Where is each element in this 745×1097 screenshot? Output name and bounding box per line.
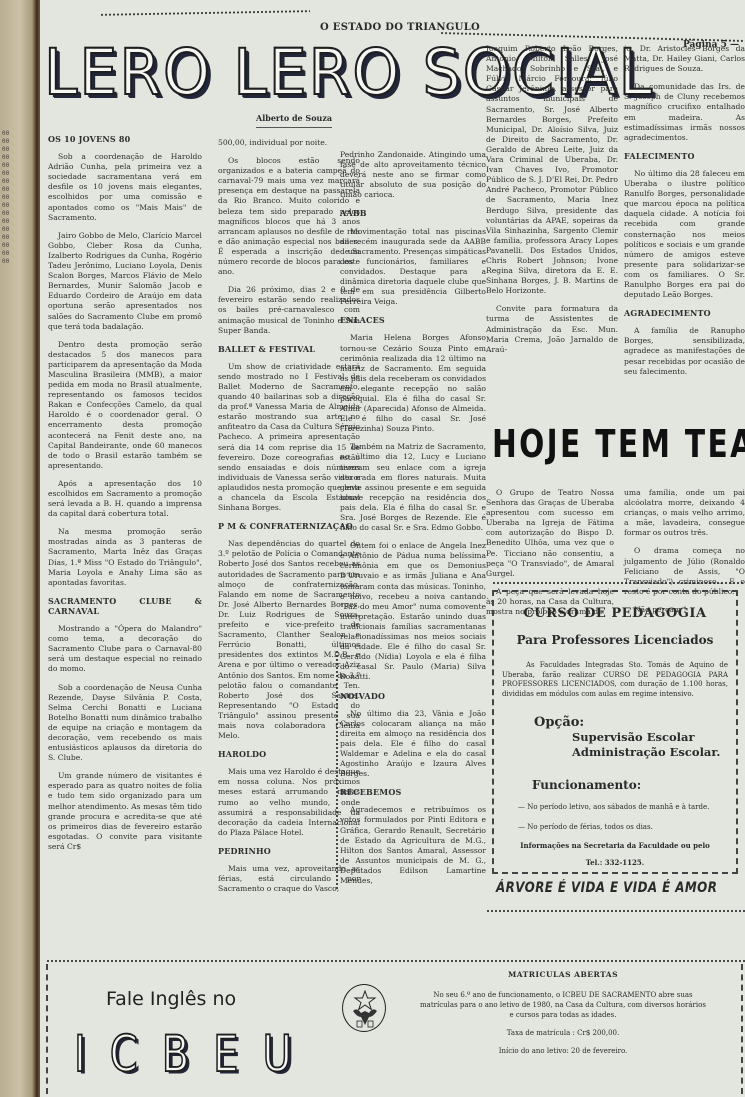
newspaper-name: O ESTADO DO TRIANGULO [320,22,480,33]
paragraph: Nas dependências do quartel do 3.º pelot… [218,539,360,741]
heading-ballet-festival: BALLET & FESTIVAL [218,344,360,354]
ad-title: CURSO DE PEDAGOGIA [494,606,736,621]
paragraph: Pedrinho Zandonaide. Atingindo uma fase … [340,150,486,200]
icbeu-advertisement: Fale Inglês no ICBEU MATRICULAS ABERTAS … [46,964,743,1094]
icbeu-start-date: Início do ano letivo: 20 de fevereiro. [420,1046,706,1056]
paragraph: No último dia 28 faleceu em Uberaba o il… [624,169,745,300]
paragraph: Na mesma promoção serão mostradas ainda … [48,527,202,588]
paragraph: Joaquim Roberto Leão Borges, Antônio Mil… [486,44,618,296]
heading-haroldo: HAROLDO [218,749,360,759]
paragraph: A família de Ranupho Borges, sensibiliza… [624,326,745,376]
paragraph: 500,00, individual por noite. [218,138,360,148]
ad-phone: Tel.: 332-1125. [494,858,736,867]
icbeu-tagline: Fale Inglês no [106,988,236,1010]
paragraph: Mais uma vez, aproveitando as férias, es… [218,864,360,894]
heading-noivado: NOIVADO [340,691,486,701]
paragraph: jo, Dr. Aristocles Borges da Matta, Dr. … [624,44,745,74]
paragraph: Dia 26 próximo, dias 2 e 9 de fevereiro … [218,285,360,335]
paragraph: Um show de criatividade estará sendo mos… [218,362,360,513]
ad-functioning-label: Funcionamento: [532,778,736,792]
paragraph: Convite para formatura da turma de Assis… [486,304,618,354]
pedagogia-advertisement: CURSO DE PEDAGOGIA Para Professores Lice… [492,590,738,874]
newspaper-page: O ESTADO DO TRIANGULO Página 5 — LERO LE… [40,0,745,1097]
paragraph: Da comunidade das Irs. de S. Joseph de C… [624,82,745,143]
ad-schedule-item: — No período de férias, todos os dias. [518,822,726,832]
heading-enlaces: ENLACES [340,315,486,325]
paragraph: Jairo Gobbo de Melo, Clarício Marcel Gob… [48,231,202,332]
byline: Alberto de Souza [256,113,332,128]
paragraph: Mostrando a "Ópera do Malandro" como tem… [48,624,202,674]
teatro-divider [492,582,745,584]
slogan-divider [486,910,745,912]
paragraph: Dentro desta promoção serão destacados 5… [48,340,202,471]
column-2: 500,00, individual por noite. Os blocos … [218,138,360,902]
paragraph: Um grande número de visitantes é esperad… [48,771,202,852]
paragraph: Agradecemos e retribuímos os votos formu… [340,805,486,886]
paragraph: Sob a coordenação de Neusa Cunha Rezende… [48,683,202,764]
heading-sacramento-clube: SACRAMENTO CLUBE & CARNAVAL [48,596,202,616]
heading-pedrinho: PEDRINHO [218,846,360,856]
ad-schedule-item: — No período letivo, aos sábados de manh… [518,802,726,812]
column-divider [336,650,338,890]
heading-aabb: AABB [340,208,486,218]
icbeu-brand: ICBEU [74,1026,316,1084]
icbeu-fee: Taxa de matrícula : Cr$ 200,00. [420,1028,706,1038]
column-3: Pedrinho Zandonaide. Atingindo uma fase … [340,150,486,894]
paragraph: Ontem foi o enlace de Angela Inez e Antô… [340,541,486,682]
heading-agradecimento: AGRADECIMENTO [624,308,745,318]
column-4: Joaquim Roberto Leão Borges, Antônio Mil… [486,44,618,363]
ad-info: Informações na Secretaria da Faculdade o… [494,841,736,850]
paragraph: No último dia 23, Vânia e João Carlos co… [340,709,486,780]
icbeu-text: No seu 6.º ano de funcionamento, o ICBEU… [420,990,706,1020]
paragraph: Sob a coordenação de Haroldo Adrião Cunh… [48,152,202,223]
paragraph: Também na Matriz de Sacramento, no últim… [340,442,486,533]
paragraph: Mais uma vez Haroldo é destaque em nossa… [218,767,360,838]
ad-option-label: Opção: [534,715,736,730]
paragraph: Após a apresentação dos 10 escolhidos em… [48,479,202,519]
icbeu-info: MATRICULAS ABERTAS No seu 6.º ano de fun… [420,970,706,1064]
slogan: ÁRVORE É VIDA E VIDA É AMOR [496,880,717,896]
binding-spine: 0000000000000000000000000000000000 [0,0,40,1097]
ad-subtitle: Para Professores Licenciados [494,633,736,647]
ad-option: Supervisão Escolar [572,730,736,745]
ad-option: Administração Escolar. [572,745,736,760]
heading-recebemos: RECEBEMOS [340,787,486,797]
bottom-section-divider [46,960,745,962]
ad-description: As Faculdades Integradas Sto. Tomás de A… [502,661,728,699]
paragraph: Os blocos estão sendo organizados e a ba… [218,156,360,277]
heading-os-10-jovens: OS 10 JOVENS 80 [48,134,202,144]
heading-falecimento: FALECIMENTO [624,151,745,161]
column-1: OS 10 JOVENS 80 Sob a coordenação de Har… [48,128,202,860]
teatro-headline: HOJE TEM TEATRO [492,422,745,466]
paragraph: Movimentação total nas piscinas da recém… [340,227,486,308]
column-5: jo, Dr. Aristocles Borges da Matta, Dr. … [624,44,745,385]
heading-pm-confraternizacao: P M & CONFRATERNIZAÇAO [218,521,360,531]
eagle-star-seal-icon [342,984,386,1032]
paragraph: O Grupo de Teatro Nossa Senhora das Graç… [486,488,614,579]
adjacent-page-edge-text: 0000000000000000000000000000000000 [2,130,10,266]
icbeu-heading: MATRICULAS ABERTAS [420,970,706,980]
paragraph: Maria Helena Borges Afonso tornou-se Cez… [340,333,486,434]
top-divider-left [100,10,310,16]
paragraph: uma família, onde um pai alcóolatra morr… [624,488,745,538]
